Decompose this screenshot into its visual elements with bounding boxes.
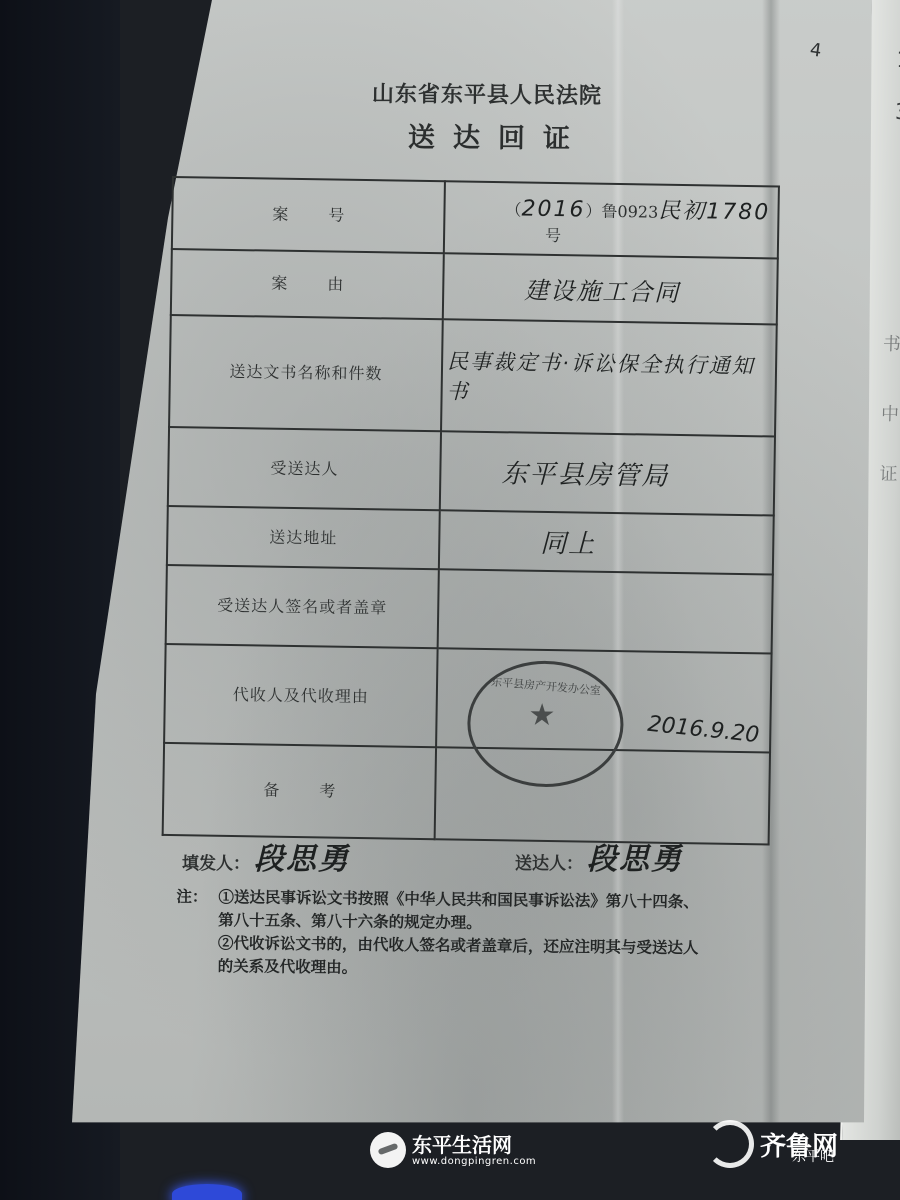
back-page-mark: 10 bbox=[896, 48, 900, 73]
case-serial: 1780 bbox=[706, 200, 770, 226]
remarks-value bbox=[435, 747, 770, 844]
server-name: 段思勇 bbox=[587, 834, 683, 878]
filler-signature: 填发人：段思勇 bbox=[182, 834, 350, 878]
filler-name: 段思勇 bbox=[254, 834, 350, 878]
form-row-proxy: 代收人及代收理由 东平县房产开发办公室 ★ 2016.9.20 bbox=[164, 644, 771, 752]
row-label: 送达地址 bbox=[167, 506, 440, 569]
notes-section: 注：①送达民事诉讼文书按照《中华人民共和国民事诉讼法》第八十四条、 第八十五条、… bbox=[176, 885, 797, 983]
back-page-ghost-text: 中 bbox=[881, 400, 900, 426]
note-line: ①送达民事诉讼文书按照《中华人民共和国民事诉讼法》第八十四条、 bbox=[218, 887, 699, 911]
row-label: 受送达人 bbox=[168, 427, 441, 510]
form-row-recipient: 受送达人 东平县房管局 bbox=[168, 427, 775, 515]
row-label: 案号 bbox=[172, 177, 445, 254]
dongping-watermark: 东平生活网 www.dongpingren.com bbox=[370, 1132, 536, 1168]
watermark-url: www.dongpingren.com bbox=[412, 1156, 536, 1167]
form-row-cause: 案由 建设施工合同 bbox=[171, 249, 778, 324]
dongping-logo-icon bbox=[370, 1132, 406, 1168]
row-label: 受送达人签名或者盖章 bbox=[166, 565, 439, 648]
case-court-code: ）鲁0923 bbox=[585, 202, 658, 222]
documents-value: 民事裁定书·诉讼保全执行通知书 bbox=[441, 319, 777, 436]
back-page-ghost-text: 证 bbox=[879, 460, 898, 486]
handwritten-text: 同上 bbox=[540, 523, 597, 561]
watermark-name: 东平生活网 bbox=[412, 1134, 536, 1156]
row-label: 代收人及代收理由 bbox=[164, 644, 438, 747]
recipient-signature-value bbox=[438, 569, 773, 653]
form-row-recipient-signature: 受送达人签名或者盖章 bbox=[166, 565, 773, 653]
document-title: 送达回证 bbox=[408, 115, 588, 156]
server-signature: 送达人：段思勇 bbox=[515, 834, 683, 878]
case-number-value: （2016）鲁0923民初1780 号 bbox=[444, 181, 779, 259]
case-year: 2016 bbox=[521, 197, 585, 223]
row-label: 案由 bbox=[171, 249, 444, 319]
form-row-documents: 送达文书名称和件数 民事裁定书·诉讼保全执行通知书 bbox=[169, 315, 777, 436]
form-row-case-number: 案号 （2016）鲁0923民初1780 号 bbox=[172, 177, 779, 259]
cause-value: 建设施工合同 bbox=[443, 254, 778, 325]
row-label: 备考 bbox=[163, 743, 436, 839]
handwritten-date: 2016.9.20 bbox=[646, 712, 760, 748]
handwritten-text: 建设施工合同 bbox=[524, 270, 681, 307]
handwritten-text: 民事裁定书·诉讼保全执行通知书 bbox=[446, 345, 774, 410]
recipient-value: 东平县房管局 bbox=[440, 431, 775, 515]
qilu-logo-icon bbox=[706, 1120, 754, 1168]
star-icon: ★ bbox=[528, 698, 555, 733]
case-type-code: 民初 bbox=[658, 194, 706, 226]
filler-label: 填发人： bbox=[182, 854, 250, 874]
back-page-mark: 38 bbox=[895, 100, 900, 125]
handwritten-text: 东平县房管局 bbox=[501, 453, 670, 493]
notes-lead: 注： bbox=[176, 885, 218, 908]
watermark-sub: 东平吧 bbox=[792, 1146, 834, 1166]
form-row-address: 送达地址 同上 bbox=[167, 506, 774, 575]
service-receipt-form: 案号 （2016）鲁0923民初1780 号 案由 建设施工合同 送达文书名称和… bbox=[162, 176, 780, 845]
qilu-watermark: 齐鲁网 东平吧 bbox=[706, 1120, 838, 1168]
case-number-prefix: （ bbox=[505, 200, 521, 219]
row-label: 送达文书名称和件数 bbox=[169, 315, 443, 431]
server-label: 送达人： bbox=[515, 854, 583, 874]
seal-text: 东平县房产开发办公室 bbox=[481, 673, 612, 700]
case-number-suffix: 号 bbox=[545, 226, 561, 245]
proxy-value: 东平县房产开发办公室 ★ 2016.9.20 bbox=[436, 648, 772, 752]
court-name: 山东省东平县人民法院 bbox=[372, 77, 602, 110]
blue-light bbox=[172, 1184, 242, 1200]
back-page-ghost-text: 书 bbox=[883, 330, 900, 356]
address-value: 同上 bbox=[439, 510, 774, 574]
form-row-remarks: 备考 bbox=[163, 743, 770, 845]
